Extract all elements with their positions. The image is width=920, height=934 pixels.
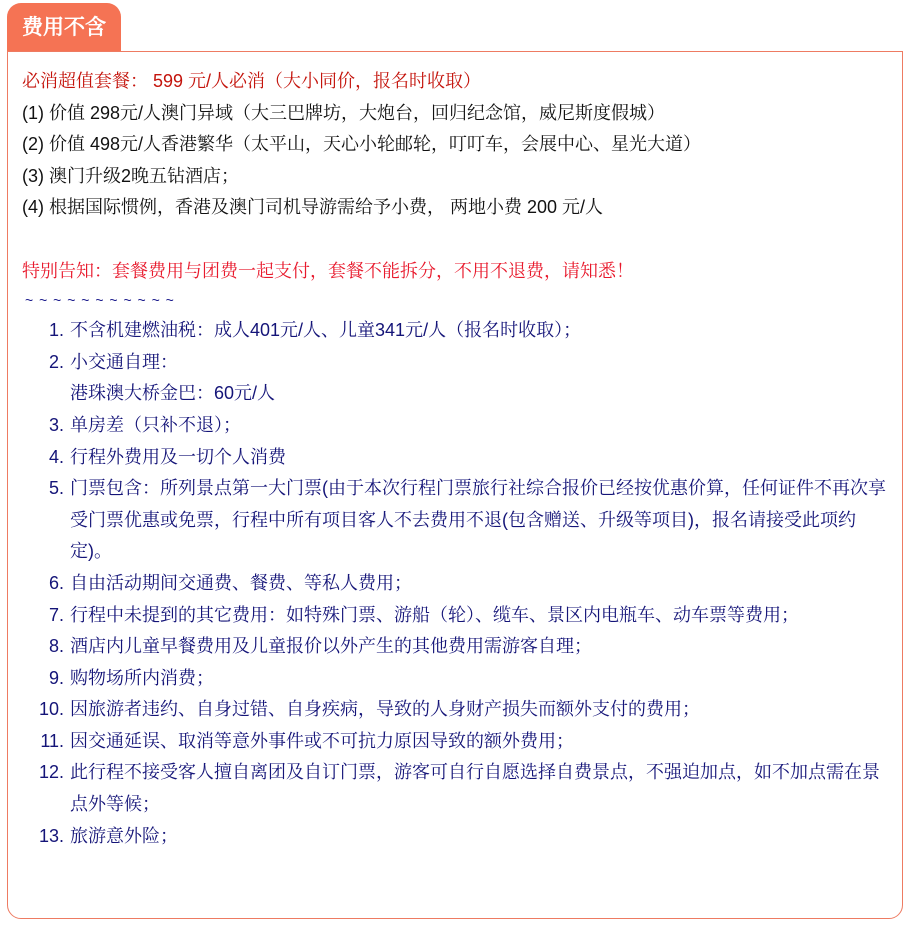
list-item: 9. 购物场所内消费； [22,663,892,695]
list-item-number: 2. [22,347,64,379]
list-item-text: 小交通自理： [70,352,178,372]
list-item-number: 9. [22,663,64,695]
list-item-number: 5. [22,473,64,505]
cost-exclusions-section: 费用不含 必消超值套餐： 599 元/人必消（大小同价，报名时收取） (1) 价… [0,0,920,934]
list-item-text: 旅游意外险； [70,826,178,846]
list-item-number: 3. [22,410,64,442]
list-item: 8. 酒店内儿童早餐费用及儿童报价以外产生的其他费用需游客自理； [22,631,892,663]
list-item-number: 8. [22,631,64,663]
list-item-text: 此行程不接受客人擅自离团及自订门票，游客可自行自愿选择自费景点，不强迫加点，如不… [70,762,880,814]
list-item: 11. 因交通延误、取消等意外事件或不可抗力原因导致的额外费用； [22,726,892,758]
list-item-text: 行程外费用及一切个人消费 [70,447,286,467]
list-item-text: 行程中未提到的其它费用：如特殊门票、游船（轮）、缆车、景区内电瓶车、动车票等费用… [70,605,799,625]
package-line-1: (1) 价值 298元/人澳门异域（大三巴牌坊，大炮台，回归纪念馆，威尼斯度假城… [22,98,892,130]
list-item-number: 11. [22,726,64,758]
list-item-text: 自由活动期间交通费、餐费、等私人费用； [70,573,412,593]
exclusions-list: 1. 不含机建燃油税：成人401元/人、儿童341元/人（报名时收取）； 2. … [22,315,892,852]
package-line-3: (3) 澳门升级2晚五钻酒店； [22,161,892,193]
list-item-text: 单房差（只补不退）； [70,415,241,435]
list-item: 7. 行程中未提到的其它费用：如特殊门票、游船（轮）、缆车、景区内电瓶车、动车票… [22,600,892,632]
special-notice: 特别告知：套餐费用与团费一起支付，套餐不能拆分，不用不退费，请知悉！ [22,256,892,288]
list-item-number: 1. [22,315,64,347]
list-item-number: 7. [22,600,64,632]
list-item-text: 因交通延误、取消等意外事件或不可抗力原因导致的额外费用； [70,731,574,751]
tilde-divider: ~ ~ ~ ~ ~ ~ ~ ~ ~ ~ ~ [22,287,892,315]
list-item-number: 10. [22,694,64,726]
list-item: 1. 不含机建燃油税：成人401元/人、儿童341元/人（报名时收取）； [22,315,892,347]
section-tab-title: 费用不含 [7,3,121,52]
list-item-text: 门票包含：所列景点第一大门票(由于本次行程门票旅行社综合报价已经按优惠价算，任何… [70,478,886,561]
list-item: 6. 自由活动期间交通费、餐费、等私人费用； [22,568,892,600]
package-line-2: (2) 价值 498元/人香港繁华（太平山，天心小轮邮轮，叮叮车，会展中心、星光… [22,129,892,161]
list-item-number: 6. [22,568,64,600]
list-item: 3. 单房差（只补不退）； [22,410,892,442]
list-item-subtext: 港珠澳大桥金巴：60元/人 [70,378,886,410]
list-item-text: 因旅游者违约、自身过错、自身疾病，导致的人身财产损失而额外支付的费用； [70,699,700,719]
package-line-4: (4) 根据国际惯例，香港及澳门司机导游需给予小费， 两地小费 200 元/人 [22,192,892,224]
list-item: 4. 行程外费用及一切个人消费 [22,442,892,474]
list-item-text: 酒店内儿童早餐费用及儿童报价以外产生的其他费用需游客自理； [70,636,592,656]
list-item: 2. 小交通自理： 港珠澳大桥金巴：60元/人 [22,347,892,410]
list-item: 5. 门票包含：所列景点第一大门票(由于本次行程门票旅行社综合报价已经按优惠价算… [22,473,892,568]
list-item-number: 12. [22,757,64,789]
list-item: 13. 旅游意外险； [22,821,892,853]
list-item: 12. 此行程不接受客人擅自离团及自订门票，游客可自行自愿选择自费景点，不强迫加… [22,757,892,820]
list-item: 10. 因旅游者违约、自身过错、自身疾病，导致的人身财产损失而额外支付的费用； [22,694,892,726]
panel-content: 必消超值套餐： 599 元/人必消（大小同价，报名时收取） (1) 价值 298… [22,66,892,852]
spacer [22,224,892,256]
list-item-number: 4. [22,442,64,474]
package-headline: 必消超值套餐： 599 元/人必消（大小同价，报名时收取） [22,66,892,98]
list-item-text: 购物场所内消费； [70,668,214,688]
list-item-text: 不含机建燃油税：成人401元/人、儿童341元/人（报名时收取）； [70,320,581,340]
list-item-number: 13. [22,821,64,853]
